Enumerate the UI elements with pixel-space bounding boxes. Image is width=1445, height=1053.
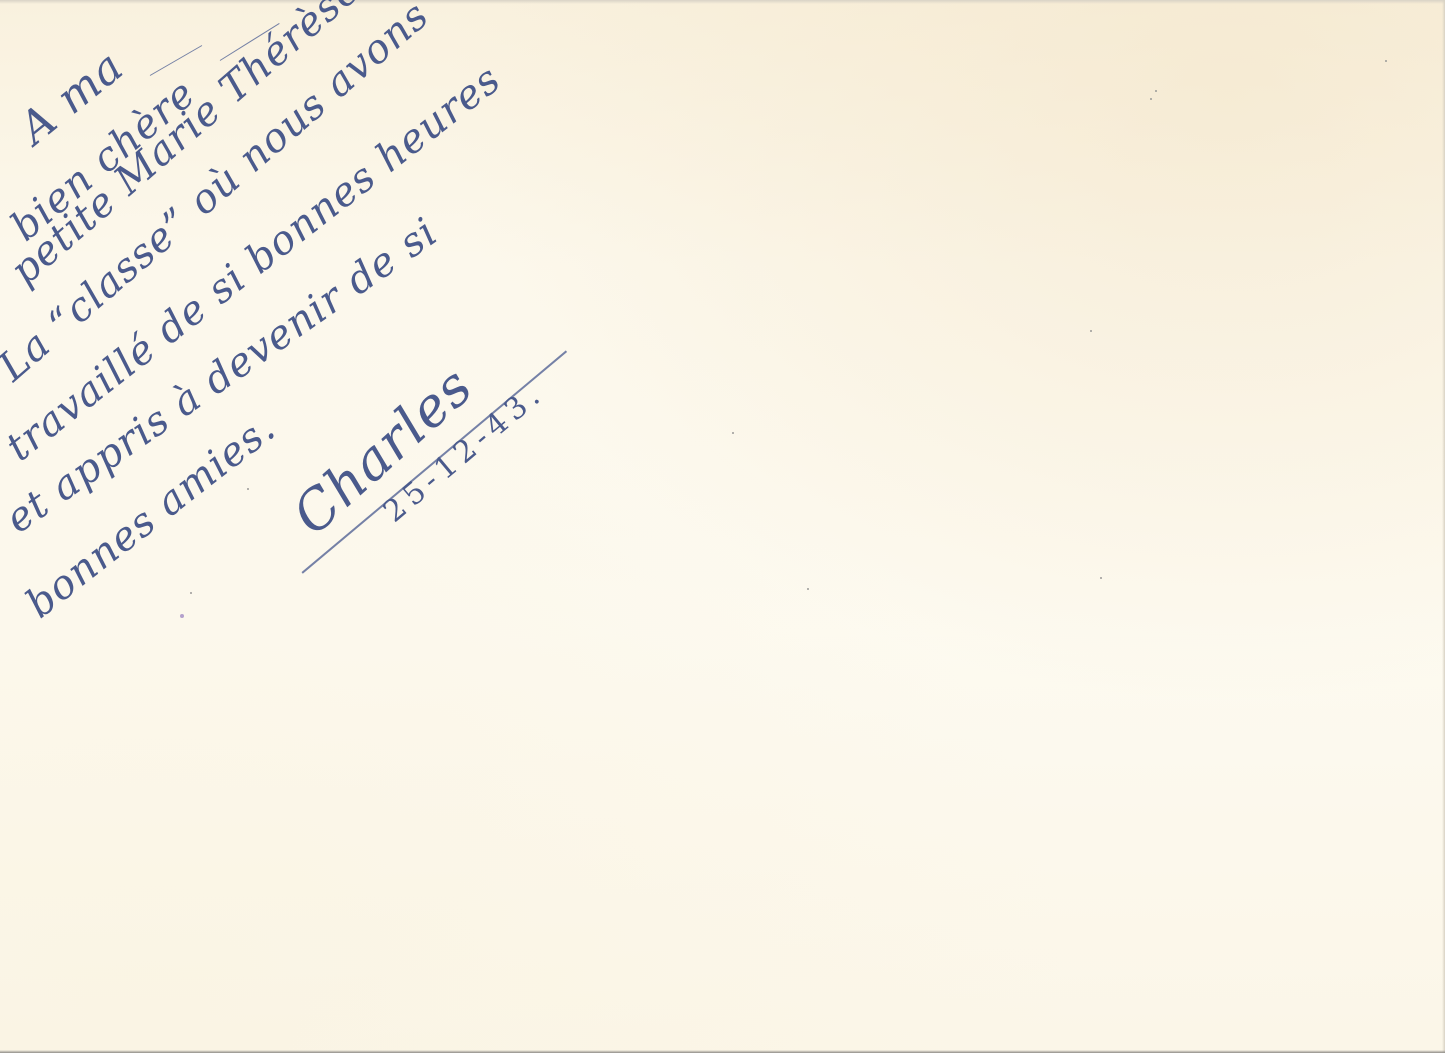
ink-blot <box>180 614 184 618</box>
message-line-3: petite Marie Thérèse. <box>4 0 378 292</box>
handwritten-card: A ma bien chère petite Marie Thérèse. La… <box>0 0 1445 1053</box>
card-top-edge <box>0 0 1445 4</box>
